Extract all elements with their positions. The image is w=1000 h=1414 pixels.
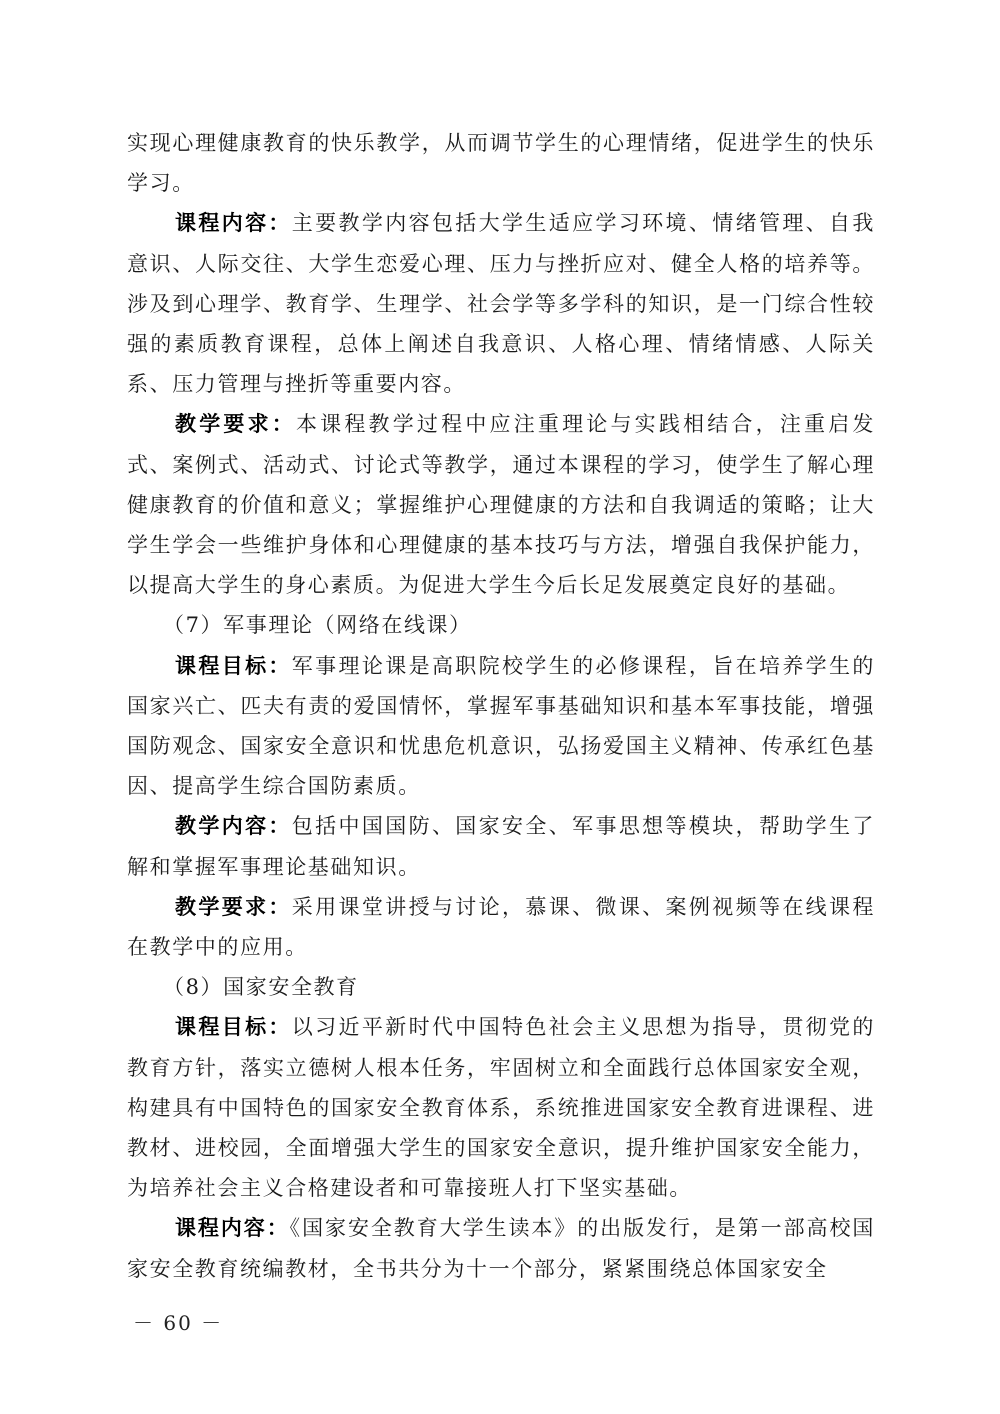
page-number: － 60 － (133, 1307, 223, 1336)
paragraph-course-objective-2: 课程目标：以习近平新时代中国特色社会主义思想为指导，贯彻党的教育方针，落实立德树… (127, 1007, 875, 1208)
paragraph-teaching-requirements: 教学要求：本课程教学过程中应注重理论与实践相结合，注重启发式、案例式、活动式、讨… (127, 404, 875, 605)
paragraph-course-content: 课程内容：主要教学内容包括大学生适应学习环境、情绪管理、自我意识、人际交往、大学… (127, 203, 875, 404)
paragraph-text: 主要教学内容包括大学生适应学习环境、情绪管理、自我意识、人际交往、大学生恋爱心理… (127, 211, 875, 396)
paragraph-course-objective: 课程目标：军事理论课是高职院校学生的必修课程，旨在培养学生的国家兴亡、匹夫有责的… (127, 646, 875, 807)
paragraph-course-content-2: 课程内容：《国家安全教育大学生读本》的出版发行，是第一部高校国家安全教育统编教材… (127, 1208, 875, 1288)
paragraph-label: 课程目标： (175, 654, 292, 678)
paragraph-continuation: 实现心理健康教育的快乐教学，从而调节学生的心理情绪，促进学生的快乐学习。 (127, 123, 875, 203)
paragraph-label: 教学要求： (175, 412, 296, 436)
section-heading-military-theory: （7）军事理论（网络在线课） (127, 605, 875, 645)
paragraph-label: 课程内容： (175, 1216, 290, 1240)
section-heading-national-security: （8）国家安全教育 (127, 967, 875, 1007)
paragraph-text: 以习近平新时代中国特色社会主义思想为指导，贯彻党的教育方针，落实立德树人根本任务… (127, 1015, 875, 1200)
paragraph-label: 教学要求： (175, 895, 292, 919)
paragraph-text: 实现心理健康教育的快乐教学，从而调节学生的心理情绪，促进学生的快乐学习。 (127, 131, 875, 195)
paragraph-teaching-requirements-2: 教学要求：采用课堂讲授与讨论，慕课、微课、案例视频等在线课程在教学中的应用。 (127, 887, 875, 967)
paragraph-label: 课程目标： (175, 1015, 292, 1039)
paragraph-label: 课程内容： (175, 211, 292, 235)
paragraph-label: 教学内容： (175, 814, 292, 838)
document-body: 实现心理健康教育的快乐教学，从而调节学生的心理情绪，促进学生的快乐学习。 课程内… (127, 123, 875, 1289)
paragraph-text: 本课程教学过程中应注重理论与实践相结合，注重启发式、案例式、活动式、讨论式等教学… (127, 412, 875, 597)
paragraph-teaching-content: 教学内容：包括中国国防、国家安全、军事思想等模块，帮助学生了解和掌握军事理论基础… (127, 806, 875, 886)
